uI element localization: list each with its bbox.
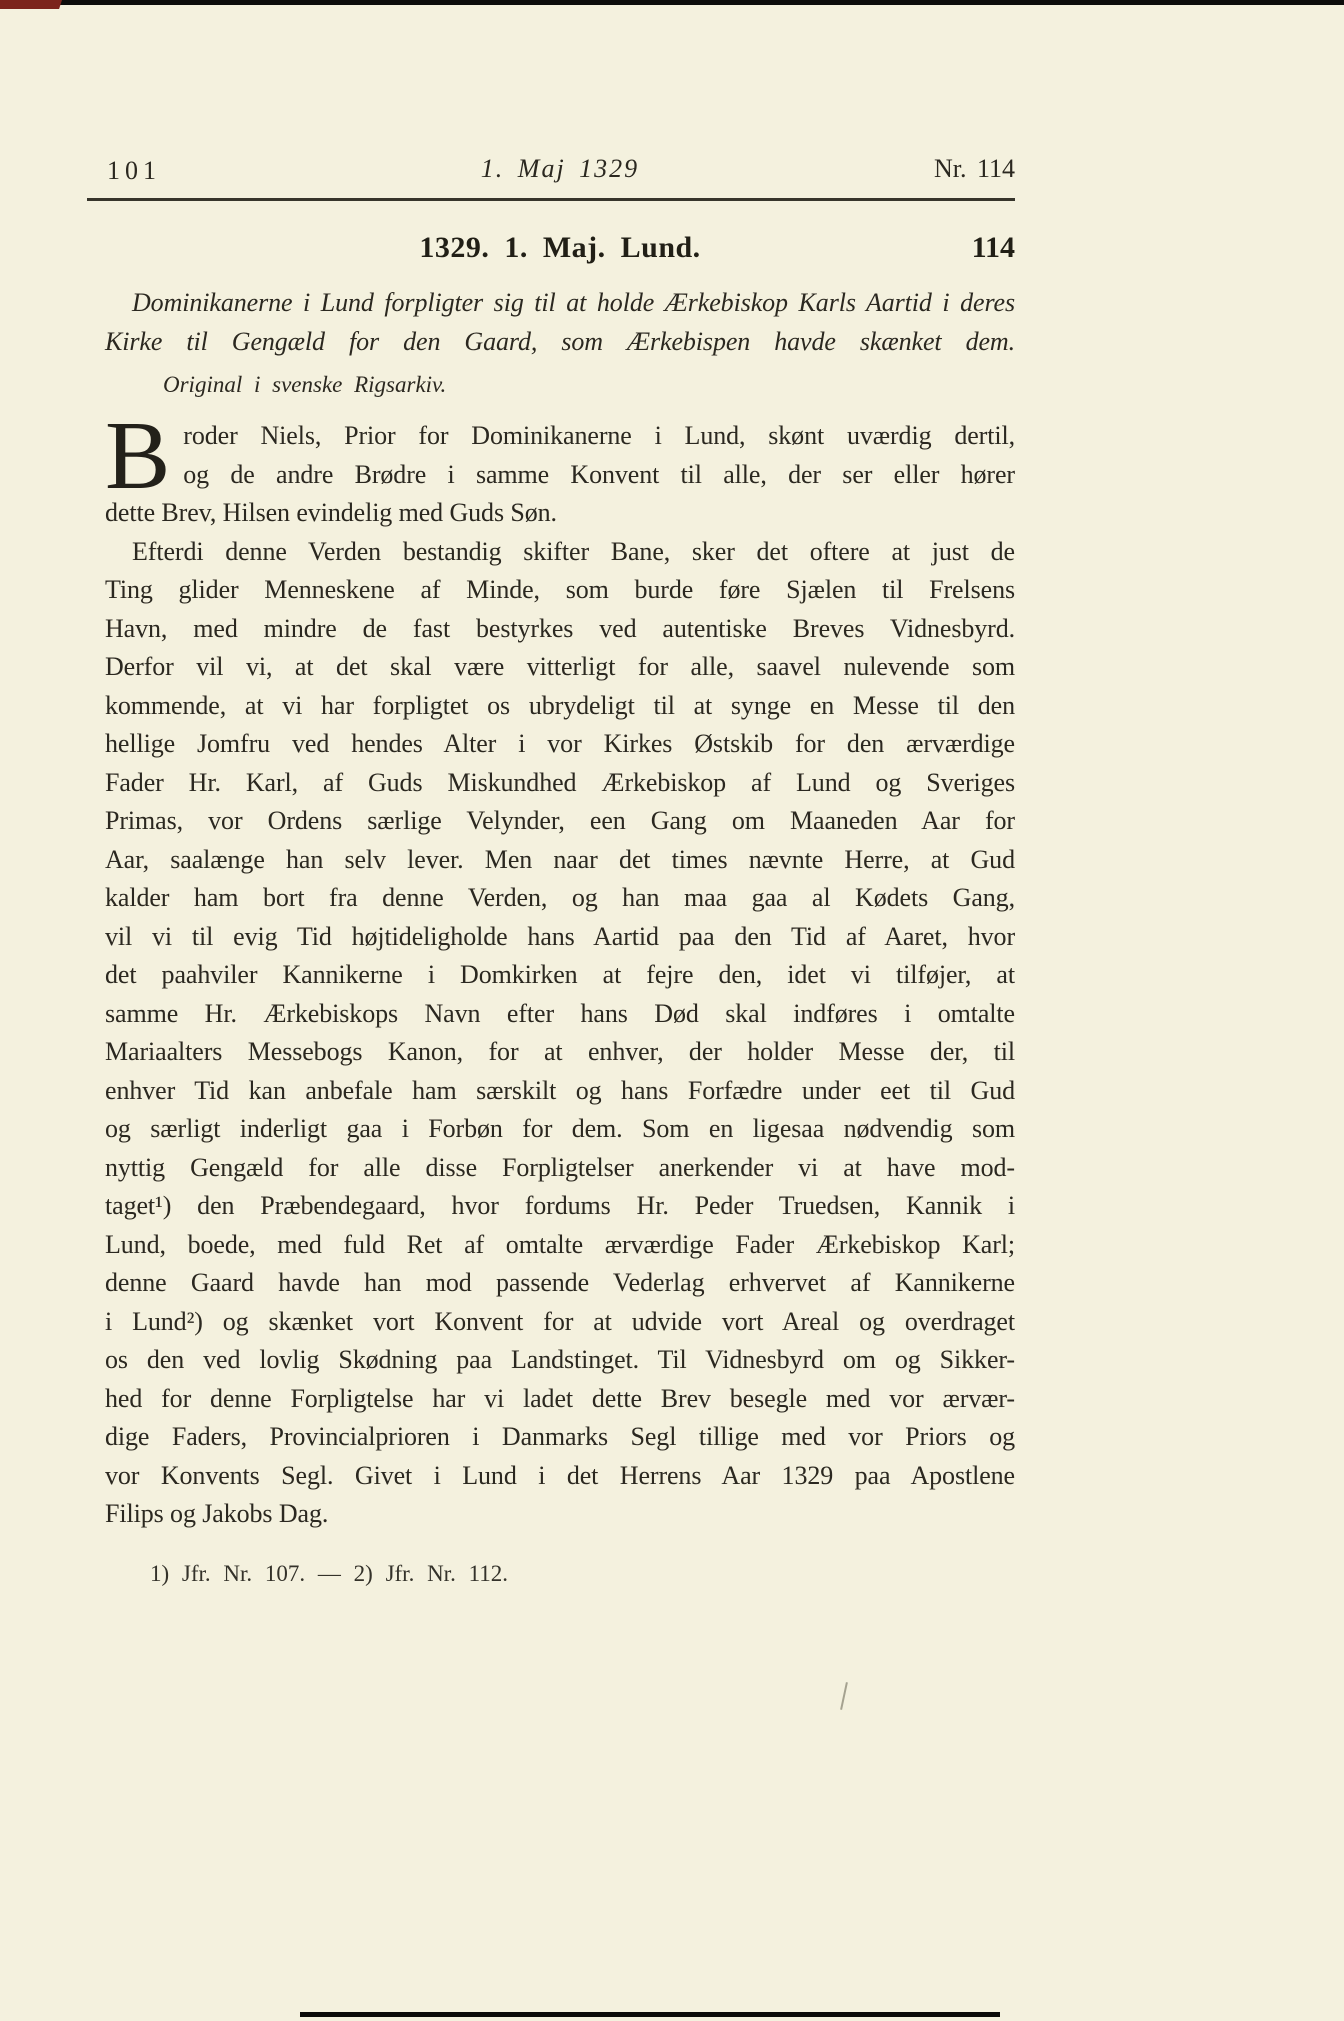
text-line: Aar, saalænge han selv lever. Men naar d…: [105, 841, 1015, 880]
text-line: kommende, at vi har forpligtet os ubryde…: [105, 687, 1015, 726]
text-line: dige Faders, Provincialprioren i Danmark…: [105, 1418, 1015, 1457]
running-header: 101 1. Maj 1329 Nr. 114: [105, 150, 1015, 192]
summary-paragraph: Dominikanerne i Lund forpligter sig til …: [105, 284, 1015, 361]
document-title: 1329. 1. Maj. Lund.: [105, 231, 1015, 265]
text-line: vil vi til evig Tid højtideligholde hans…: [105, 918, 1015, 957]
scanned-page: 101 1. Maj 1329 Nr. 114 1329. 1. Maj. Lu…: [0, 0, 1344, 2021]
drop-cap-letter: B: [105, 417, 170, 494]
text-line: Ting glider Menneskene af Minde, som bur…: [105, 571, 1015, 610]
text-line: og de andre Brødre i samme Konvent til a…: [105, 456, 1015, 495]
text-line: Mariaalters Messebogs Kanon, for at enhv…: [105, 1033, 1015, 1072]
text-line: dette Brev, Hilsen evindelig med Guds Sø…: [105, 494, 1015, 533]
running-head-number: Nr. 114: [934, 154, 1015, 184]
text-line: vor Konvents Segl. Givet i Lund i det He…: [105, 1457, 1015, 1496]
text-line: nyttig Gengæld for alle disse Forpligtel…: [105, 1149, 1015, 1188]
document-title-row: 1329. 1. Maj. Lund. 114: [105, 231, 1015, 271]
text-line: samme Hr. Ærkebiskops Navn efter hans Dø…: [105, 995, 1015, 1034]
text-line: og særligt inderligt gaa i Forbøn for de…: [105, 1110, 1015, 1149]
stray-mark: [840, 1682, 848, 1710]
text-line: Fader Hr. Karl, af Guds Miskundhed Ærkeb…: [105, 764, 1015, 803]
text-line: hellige Jomfru ved hendes Alter i vor Ki…: [105, 725, 1015, 764]
header-rule: [87, 198, 1015, 201]
text-line: Efterdi denne Verden bestandig skifter B…: [105, 533, 1015, 572]
text-line: Dominikanerne i Lund forpligter sig til …: [105, 284, 1015, 323]
scan-corner-mark: [0, 0, 62, 9]
text-line: os den ved lovlig Skødning paa Landsting…: [105, 1341, 1015, 1380]
text-line: kalder ham bort fra denne Verden, og han…: [105, 879, 1015, 918]
body-paragraph: Efterdi denne Verden bestandig skifter B…: [105, 533, 1015, 1534]
text-line: roder Niels, Prior for Dominikanerne i L…: [105, 417, 1015, 456]
page-content: 101 1. Maj 1329 Nr. 114 1329. 1. Maj. Lu…: [105, 150, 1015, 1587]
text-line: Filips og Jakobs Dag.: [105, 1495, 1015, 1534]
text-line: hed for denne Forpligtelse har vi ladet …: [105, 1380, 1015, 1419]
archive-note: Original i svenske Rigsarkiv.: [163, 370, 1015, 400]
text-line: denne Gaard havde han mod passende Veder…: [105, 1264, 1015, 1303]
running-head-date: 1. Maj 1329: [105, 154, 1015, 184]
text-line: taget¹) den Præbendegaard, hvor fordums …: [105, 1187, 1015, 1226]
text-line: Primas, vor Ordens særlige Velynder, een…: [105, 802, 1015, 841]
scan-edge-top: [0, 0, 1344, 5]
text-line: Kirke til Gengæld for den Gaard, som Ærk…: [105, 323, 1015, 362]
text-line: Lund, boede, med fuld Ret af omtalte ærv…: [105, 1226, 1015, 1265]
salutation-lines: roder Niels, Prior for Dominikanerne i L…: [105, 417, 1015, 533]
scan-edge-bottom: [300, 2012, 1000, 2017]
text-line: i Lund²) og skænket vort Konvent for at …: [105, 1303, 1015, 1342]
document-number: 114: [972, 231, 1015, 265]
text-line: det paahviler Kannikerne i Domkirken at …: [105, 956, 1015, 995]
footnote: 1) Jfr. Nr. 107. — 2) Jfr. Nr. 112.: [150, 1561, 1015, 1587]
text-line: Derfor vil vi, at det skal være vitterli…: [105, 648, 1015, 687]
text-line: Havn, med mindre de fast bestyrkes ved a…: [105, 610, 1015, 649]
text-line: enhver Tid kan anbefale ham særskilt og …: [105, 1072, 1015, 1111]
salutation-paragraph: B roder Niels, Prior for Dominikanerne i…: [105, 417, 1015, 533]
